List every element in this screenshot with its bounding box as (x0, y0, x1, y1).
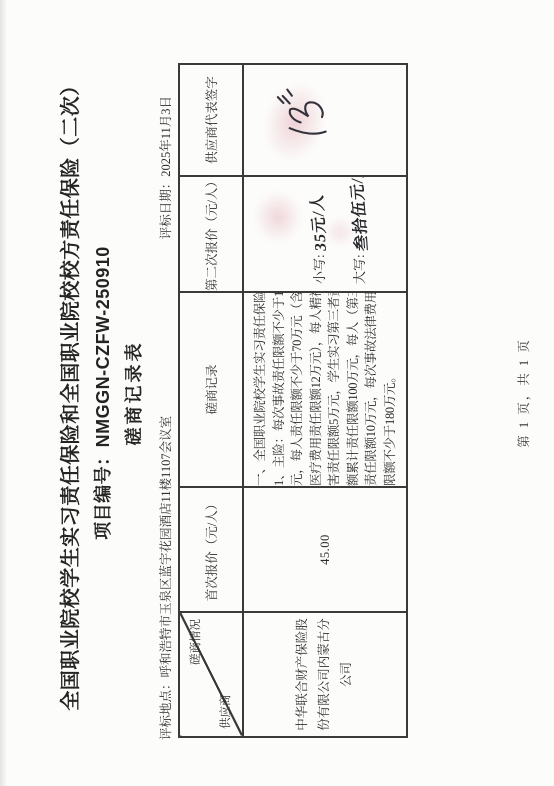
page-number: 第 1 页，共 1 页 (514, 0, 532, 786)
header-signature: 供应商代表签字 (179, 64, 243, 176)
stamp-smudge (254, 191, 302, 243)
header-second-quote: 第二次报价（元/人） (179, 176, 243, 292)
first-quote-cell: 45.00 (243, 487, 407, 612)
document-content: 全国职业院校学生实习责任保险和全国职业院校校方责任保险（二次） 项目编号：NMG… (0, 0, 554, 786)
document-title: 全国职业院校学生实习责任保险和全国职业院校校方责任保险（二次） (0, 0, 83, 786)
table-header-row: 磋商情况 供应商 首次报价（元/人） 磋商记录 第二次报价（元/人） 供应商代表… (179, 64, 243, 737)
table-data-row: 中华联合财产保险股份有限公司内蒙古分公司 45.00 一、全国职业院校学生实习责… (243, 64, 407, 737)
header-first-quote: 首次报价（元/人） (179, 487, 243, 612)
second-quote-small-line: 小写:35元/人 (306, 177, 329, 284)
supplier-name-cell: 中华联合财产保险股份有限公司内蒙古分公司 (243, 612, 407, 737)
corner-label-supplier: 供应商 (217, 695, 233, 730)
meta-row: 评标地点：呼和浩特市玉泉区蓝宇花园酒店11楼1107会议室 评标日期：2025年… (156, 96, 174, 740)
header-negotiation-record: 磋商记录 (179, 292, 243, 487)
evaluation-date: 评标日期：2025年11月3日 (156, 96, 174, 239)
project-number: 项目编号：NMGGN-CZFW-250910 (89, 0, 115, 786)
scanned-page: 全国职业院校学生实习责任保险和全国职业院校校方责任保险（二次） 项目编号：NMG… (0, 0, 554, 786)
corner-label-negotiation-situation: 磋商情况 (187, 619, 203, 665)
large-amount-handwritten-value: 叁拾伍元/人 (342, 176, 371, 252)
small-amount-handwritten-value: 35元/人 (303, 193, 330, 252)
large-amount-label: 大写: (352, 254, 367, 284)
form-name: 磋商记录表 (120, 0, 146, 786)
handwritten-signature-icon (274, 71, 336, 151)
second-quote-cell: 小写:35元/人 大写:叁拾伍元/人 (243, 176, 407, 292)
negotiation-record-table: 磋商情况 供应商 首次报价（元/人） 磋商记录 第二次报价（元/人） 供应商代表… (178, 63, 408, 738)
signature-cell (243, 64, 407, 176)
negotiation-record-cell: 一、全国职业院校学生实习责任保险 1、主险：每次事故责任限额不少于1200万 元… (243, 292, 407, 487)
corner-header-cell: 磋商情况 供应商 (179, 612, 243, 737)
small-amount-label: 小写: (312, 254, 327, 284)
evaluation-location: 评标地点：呼和浩特市玉泉区蓝宇花园酒店11楼1107会议室 (156, 416, 174, 740)
second-quote-large-line: 大写:叁拾伍元/人 (346, 177, 369, 284)
